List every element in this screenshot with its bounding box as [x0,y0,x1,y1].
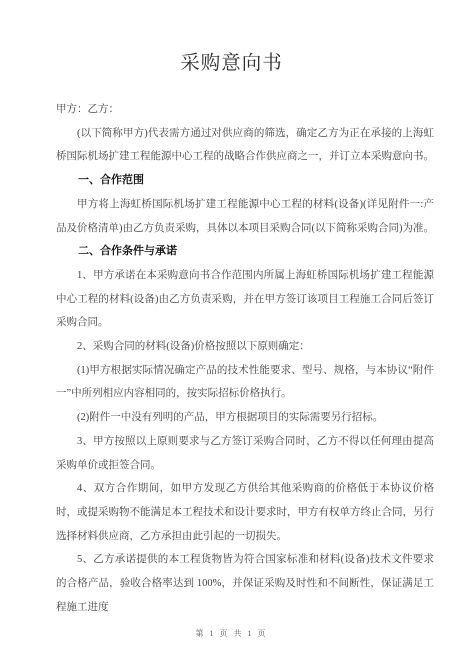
paragraph: 4、双方合作期间，如甲方发现乙方供给其他采购商的价格低于本协议价格时，或提采购物… [56,477,434,548]
section-heading: 一、合作范围 [56,169,434,193]
paragraph: 甲方：乙方： [56,98,434,122]
document-title: 采购意向书 [0,0,463,77]
paragraph: (2)附件一中没有列明的产品，甲方根据项目的实际需要另行招标。 [56,406,434,430]
paragraph: 2、采购合同的材料(设备)价格按照以下原则确定： [56,335,434,359]
paragraph: 1、甲方承诺在本采购意向书合作范围内所属上海虹桥国际机场扩建工程能源中心工程的材… [56,264,434,335]
paragraph: 5、乙方承诺提供的本工程货物皆为符合国家标准和材料(设备)技术文件要求的合格产品… [56,548,434,619]
paragraph: 3、甲方按照以上原则要求与乙方签订采购合同时，乙方不得以任何理由提高采购单价或拒… [56,430,434,477]
paragraph: (1)甲方根据实际情况确定产品的技术性能要求、型号、规格，与本协议“附件一”中所… [56,359,434,406]
document-body: 甲方：乙方：(以下简称甲方)代表需方通过对供应商的筛选，确定乙方为正在承接的上海… [0,98,463,619]
page-number-footer: 第 1 页 共 1 页 [0,628,463,639]
paragraph: 甲方将上海虹桥国际机场扩建工程能源中心工程的材料(设备)(详见附件一:产品及价格… [56,193,434,240]
paragraph: (以下简称甲方)代表需方通过对供应商的筛选，确定乙方为正在承接的上海虹桥国际机场… [56,122,434,169]
document-page: 采购意向书 甲方：乙方：(以下简称甲方)代表需方通过对供应商的筛选，确定乙方为正… [0,0,463,655]
section-heading: 二、合作条件与承诺 [56,240,434,264]
